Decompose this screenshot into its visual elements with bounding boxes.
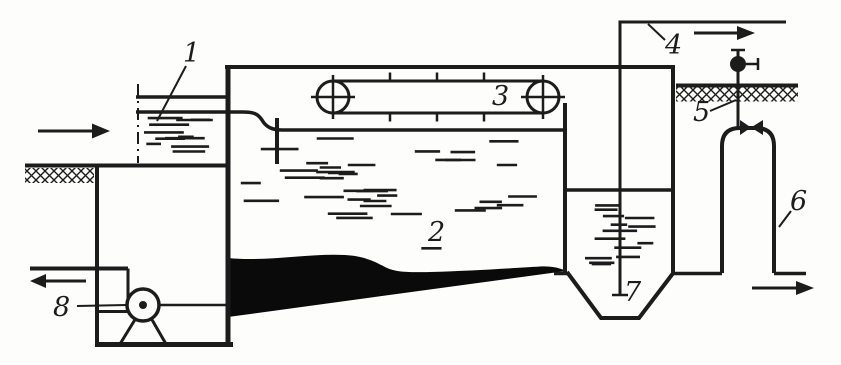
label-2: 2 [427, 217, 445, 248]
label-8: 8 [53, 292, 70, 323]
gate-valve-icon [740, 120, 763, 135]
label-3: 3 [492, 81, 509, 112]
label-4: 4 [664, 30, 682, 61]
pump-icon [120, 289, 228, 344]
label-7: 7 [624, 277, 642, 308]
ground-left [25, 166, 230, 184]
inflow-arrow-icon [38, 124, 110, 139]
oil-outlet-pipe [612, 22, 786, 295]
pump-pit [95, 167, 233, 346]
label-5: 5 [693, 97, 710, 128]
ground-hatch [25, 168, 94, 183]
outflow-arrow-top-icon [694, 26, 755, 40]
scraper-conveyor-icon [311, 73, 565, 122]
oil-separator-diagram: 1 2 3 4 5 6 7 8 [0, 0, 841, 365]
outflow-arrow-left-icon [30, 274, 86, 288]
outflow-arrow-bottom-icon [752, 281, 814, 295]
label-6: 6 [790, 186, 807, 217]
diagram-canvas: 1 2 3 4 5 6 7 8 [0, 0, 841, 365]
sludge-layer [228, 255, 566, 317]
label-1: 1 [183, 38, 200, 69]
